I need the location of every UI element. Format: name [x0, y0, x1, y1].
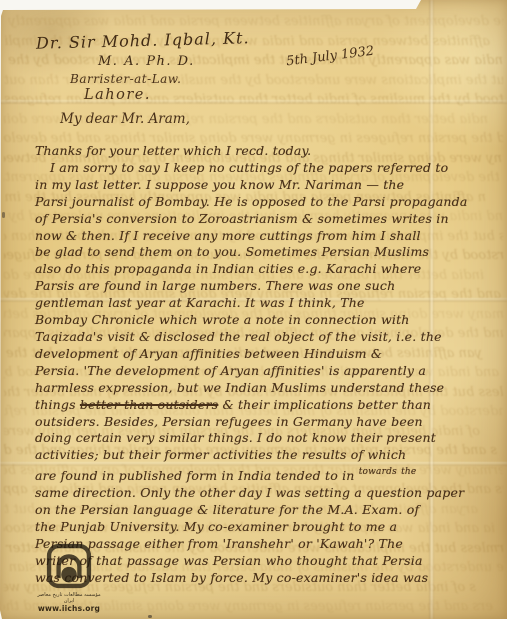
letter-line: Parsi journalist of Bombay. He is oppose…	[35, 194, 503, 211]
watermark: مؤسسه مطالعات تاریخ معاصر ایران www.iich…	[32, 540, 106, 613]
salutation: My dear Mr. Aram,	[60, 111, 190, 127]
letter-line: I am sorry to say I keep no cuttings of …	[35, 160, 503, 177]
dust-speck	[2, 212, 5, 218]
letter-line: things better than outsiders & their imp…	[35, 397, 503, 414]
letter-line: are found in published form in India ten…	[35, 464, 503, 485]
letter-line: Bombay Chronicle which wrote a note in c…	[35, 312, 503, 329]
letter-line: Parsis are found in large numbers. There…	[35, 278, 503, 295]
letterhead-title: Barrister-at-Law.	[70, 72, 181, 86]
letter-line: Persia. 'The development of Aryan affini…	[35, 363, 503, 380]
letterhead-degrees: M. A. Ph. D.	[98, 54, 195, 69]
letter-line: be glad to send them on to you. Sometime…	[35, 244, 503, 261]
dust-speck	[148, 615, 152, 618]
watermark-url: www.iichs.org	[32, 604, 106, 613]
letter-line: Taqizada's visit & disclosed the real ob…	[35, 329, 503, 346]
letter-line: now & then. If I receive any more cuttin…	[35, 228, 503, 245]
paper-sheet: and the development of aryan affinities …	[0, 0, 507, 619]
iichs-logo-icon	[43, 540, 95, 592]
letter-line: the Punjab University. My co-examiner br…	[35, 519, 503, 536]
letter-line: harmless expression, but we Indian Musli…	[35, 380, 503, 397]
letter-line: doing certain very similar things. I do …	[35, 430, 503, 447]
letter-line: same direction. Only the other day I was…	[35, 485, 503, 502]
letter-line: gentleman last year at Karachi. It was I…	[35, 295, 503, 312]
letter-line: Thanks for your letter which I recd. tod…	[35, 143, 503, 160]
dust-speck	[70, 1, 77, 4]
letterhead-name: Dr. Sir Mohd. Iqbal, Kt.	[36, 28, 250, 53]
letter-line: also do this propaganda in Indian cities…	[35, 261, 503, 278]
watermark-caption: مؤسسه مطالعات تاریخ معاصر ایران	[32, 592, 106, 604]
letter-line: outsiders. Besides, Persian refugees in …	[35, 414, 503, 431]
handwriting-layer: Dr. Sir Mohd. Iqbal, Kt. M. A. Ph. D. 5t…	[0, 0, 507, 619]
letter-line: activities; but their former activities …	[35, 447, 503, 464]
letter-line: in my last letter. I suppose you know Mr…	[35, 177, 503, 194]
letter-line: on the Persian language & literature for…	[35, 502, 503, 519]
letter-line: development of Aryan affinities between …	[35, 346, 503, 363]
letterhead-city: Lahore.	[84, 87, 151, 103]
letter-body: Thanks for your letter which I recd. tod…	[35, 143, 503, 587]
letter-scan: and the development of aryan affinities …	[0, 0, 507, 619]
letter-date: 5th July 1932	[285, 44, 374, 70]
letter-line: of Persia's conversion to Zoroastrianism…	[35, 211, 503, 228]
